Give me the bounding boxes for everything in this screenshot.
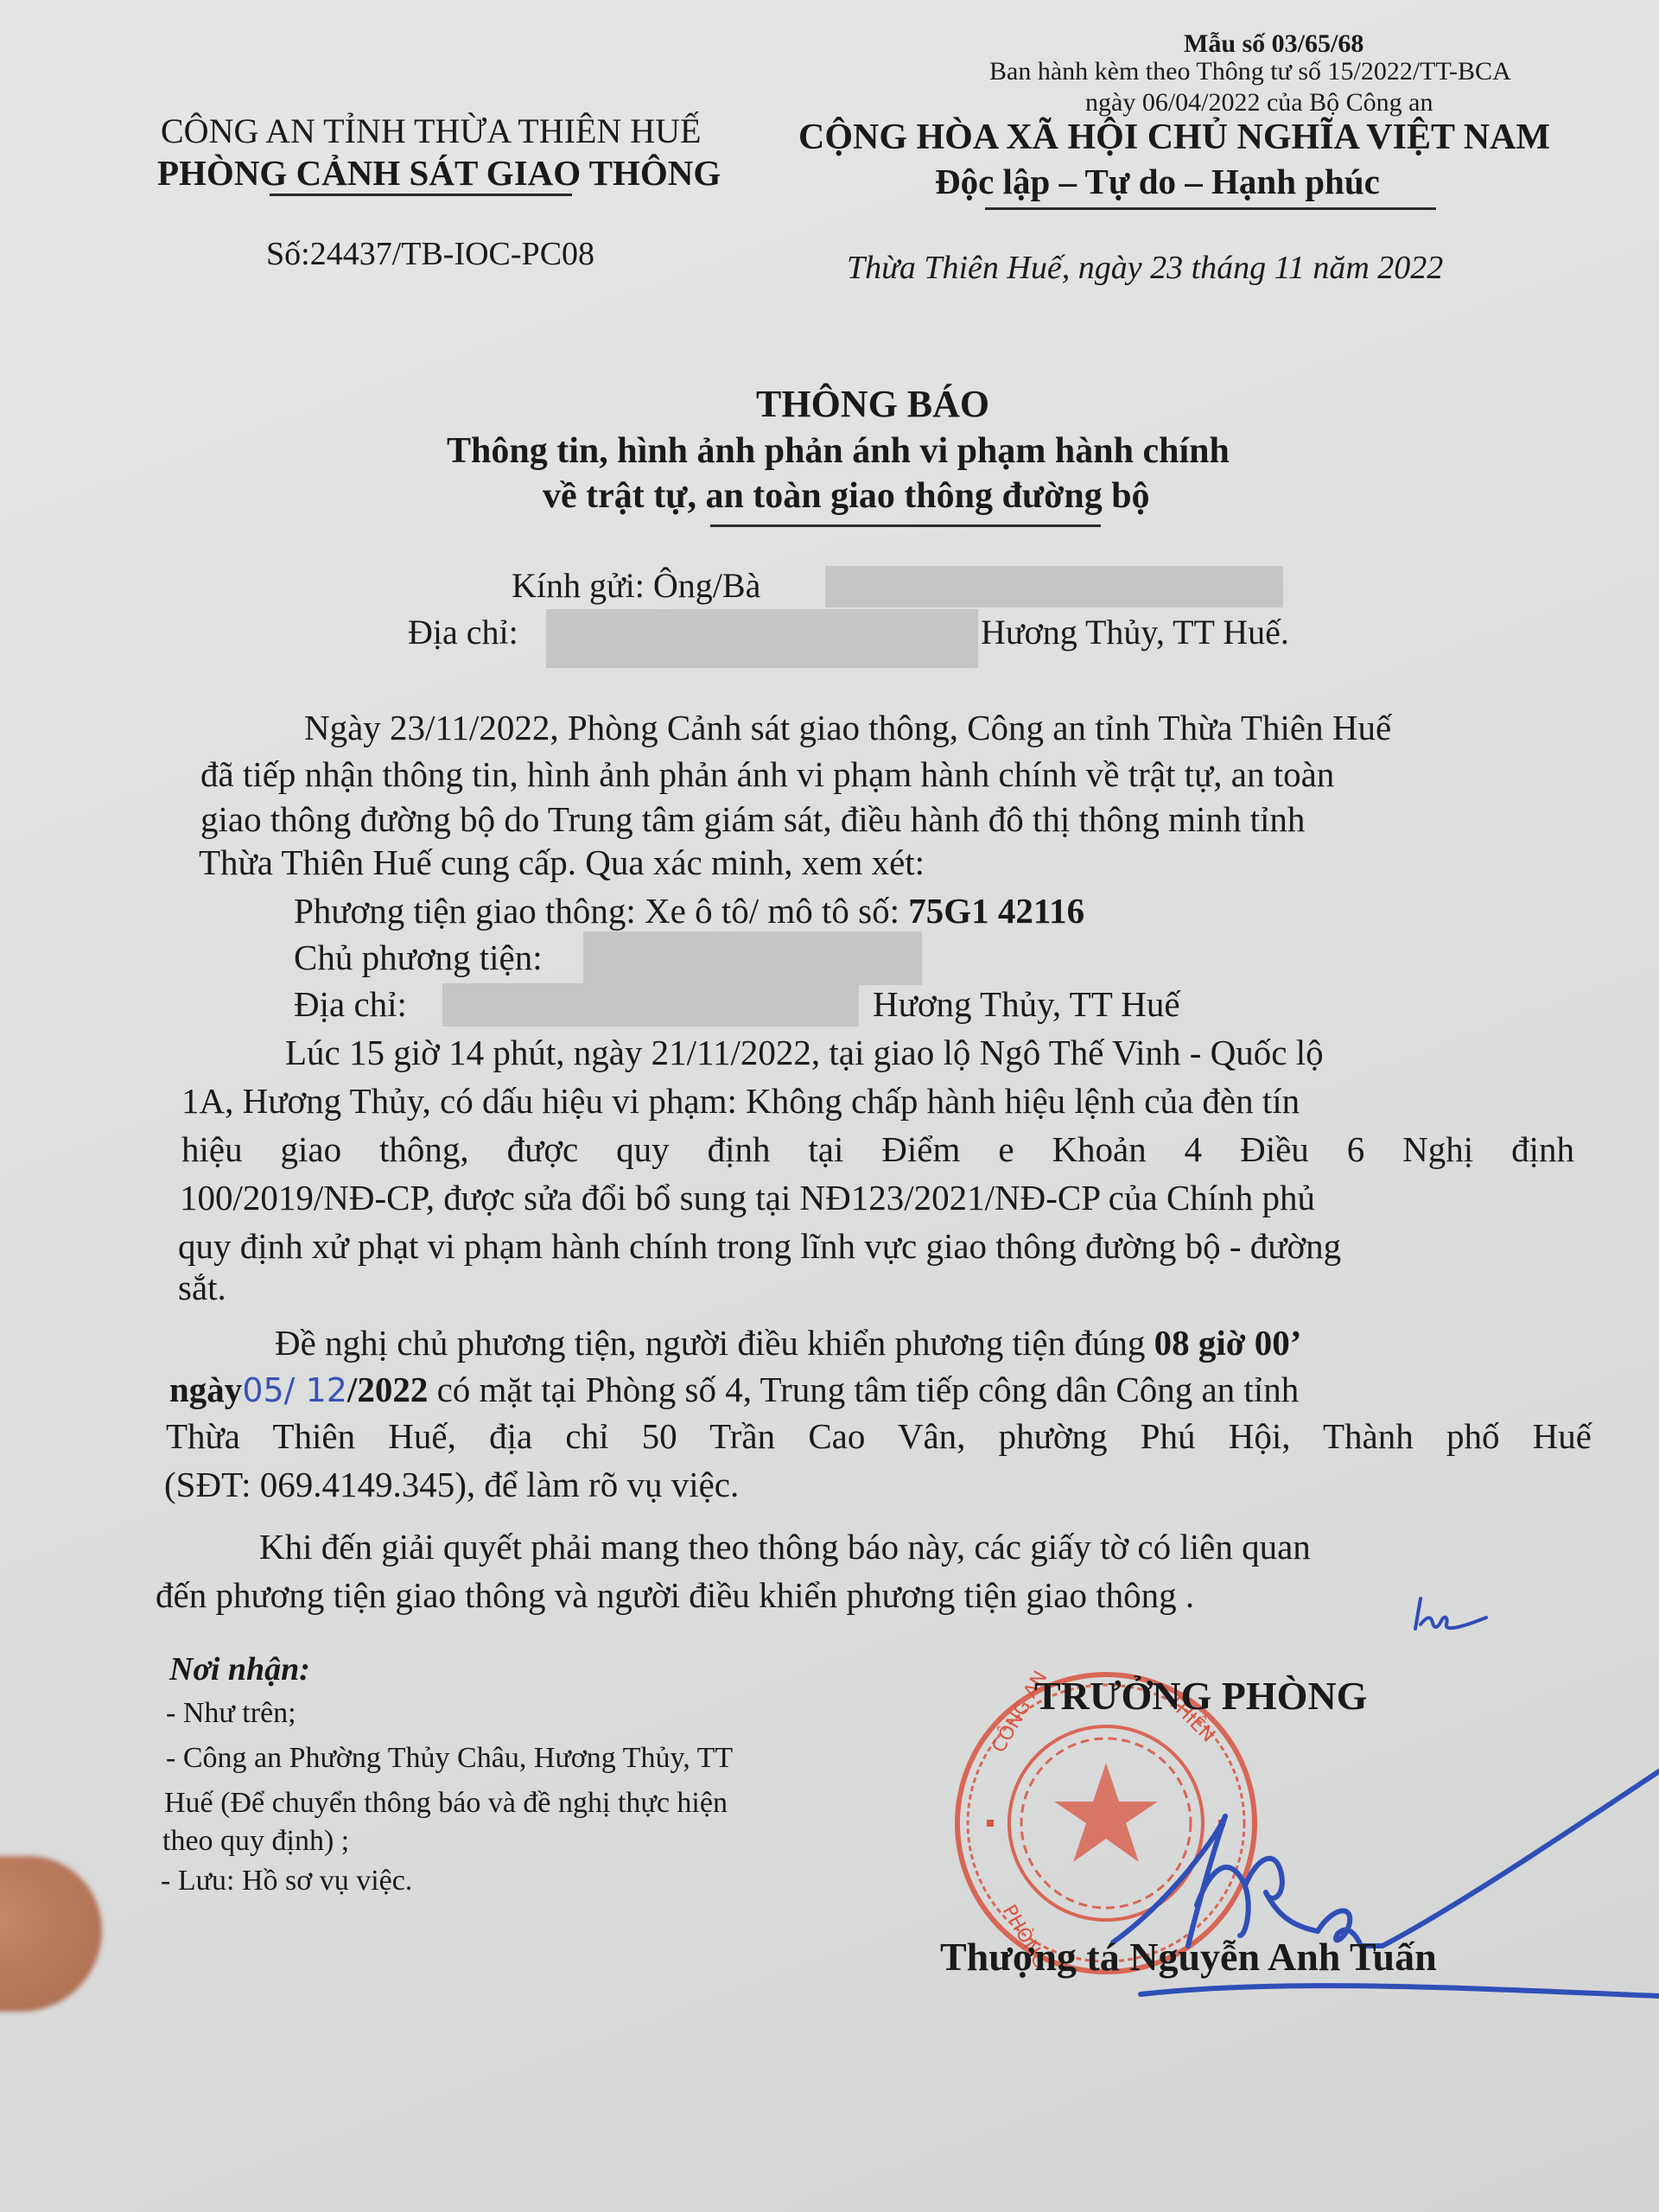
handwritten-initials xyxy=(1408,1590,1495,1642)
owner-address-label: Địa chỉ: xyxy=(294,983,407,1025)
intro-line: giao thông đường bộ do Trung tâm giám sá… xyxy=(200,798,1305,840)
appointment-year: /2022 xyxy=(347,1370,428,1409)
handwritten-day: 05 xyxy=(242,1371,283,1409)
recipient-item: - Như trên; xyxy=(166,1697,296,1730)
recipients-title: Nơi nhận: xyxy=(169,1650,310,1688)
request-line-2: ngày05/ 12/2022 có mặt tại Phòng số 4, T… xyxy=(169,1369,1299,1410)
recipient-salutation: Kính gửi: Ông/Bà xyxy=(512,565,760,606)
violation-line: Lúc 15 giờ 14 phút, ngày 21/11/2022, tại… xyxy=(285,1032,1324,1073)
request-line-4: (SĐT: 069.4149.345), để làm rõ vụ việc. xyxy=(164,1464,739,1505)
request-text: Đề nghị chủ phương tiện, người điều khiể… xyxy=(275,1323,1145,1363)
handwritten-slash: / xyxy=(284,1371,306,1409)
closing-line: Khi đến giải quyết phải mang theo thông … xyxy=(259,1526,1311,1567)
handwritten-month: 12 xyxy=(306,1371,347,1409)
document-title: THÔNG BÁO xyxy=(756,382,989,426)
form-number: Mẫu số 03/65/68 xyxy=(1184,29,1363,59)
place-date: Thừa Thiên Huế, ngày 23 tháng 11 năm 202… xyxy=(847,249,1443,287)
appointment-day-label: ngày xyxy=(169,1370,242,1409)
request-location: có mặt tại Phòng số 4, Trung tâm tiếp cô… xyxy=(437,1370,1300,1409)
owner-address-visible: Hương Thủy, TT Huế xyxy=(873,983,1180,1025)
owner-label: Chủ phương tiện: xyxy=(294,937,543,978)
violation-line: 100/2019/NĐ-CP, được sửa đổi bổ sung tại… xyxy=(180,1177,1315,1218)
redacted-recipient-address xyxy=(546,609,978,668)
agency-parent: CÔNG AN TỈNH THỪA THIÊN HUẾ xyxy=(161,111,701,151)
document-subtitle-line-2: về trật tự, an toàn giao thông đường bộ xyxy=(543,475,1150,517)
document-subtitle-line-1: Thông tin, hình ảnh phản ánh vi phạm hàn… xyxy=(447,430,1230,472)
signer-name: Thượng tá Nguyễn Anh Tuấn xyxy=(940,1934,1437,1980)
recipient-item: Huế (Để chuyển thông báo và đề nghị thực… xyxy=(164,1787,728,1820)
intro-line: đã tiếp nhận thông tin, hình ảnh phản án… xyxy=(200,753,1334,795)
recipient-item: theo quy định) ; xyxy=(162,1825,349,1858)
appointment-time: 08 giờ 00’ xyxy=(1154,1323,1302,1363)
redacted-recipient-name xyxy=(825,566,1283,607)
recipient-item: - Công an Phường Thủy Châu, Hương Thủy, … xyxy=(166,1742,733,1775)
signer-title: TRƯỞNG PHÒNG xyxy=(1034,1673,1367,1719)
document-number: Số:24437/TB-IOC-PC08 xyxy=(266,235,594,273)
violation-line: quy định xử phạt vi phạm hành chính tron… xyxy=(178,1225,1341,1267)
closing-line: đến phương tiện giao thông và người điều… xyxy=(156,1574,1194,1616)
recipient-item: - Lưu: Hồ sơ vụ việc. xyxy=(161,1865,412,1897)
country-motto: Độc lập – Tự do – Hạnh phúc xyxy=(935,161,1380,202)
request-line-1: Đề nghị chủ phương tiện, người điều khiể… xyxy=(275,1322,1301,1363)
request-line-3: Thừa Thiên Huế, địa chỉ 50 Trần Cao Vân,… xyxy=(166,1415,1592,1457)
form-issued-line-2: ngày 06/04/2022 của Bộ Công an xyxy=(1085,88,1433,118)
recipient-address-visible: Hương Thủy, TT Huế. xyxy=(981,612,1289,652)
vehicle-label: Phương tiện giao thông: Xe ô tô/ mô tô s… xyxy=(294,891,899,931)
agency-name: PHÒNG CẢNH SÁT GIAO THÔNG xyxy=(157,152,721,194)
violation-line: sắt. xyxy=(178,1267,226,1308)
vehicle-plate: 75G1 42116 xyxy=(908,891,1084,931)
intro-line: Ngày 23/11/2022, Phòng Cảnh sát giao thô… xyxy=(304,707,1391,748)
agency-underline xyxy=(270,194,572,196)
form-issued-line-1: Ban hành kèm theo Thông tư số 15/2022/TT… xyxy=(989,57,1511,86)
recipient-address-label: Địa chỉ: xyxy=(408,612,518,652)
redacted-owner-address xyxy=(442,983,859,1027)
redacted-owner-name xyxy=(583,931,922,985)
vehicle-info: Phương tiện giao thông: Xe ô tô/ mô tô s… xyxy=(294,890,1084,931)
motto-underline xyxy=(985,207,1436,210)
intro-line: Thừa Thiên Huế cung cấp. Qua xác minh, x… xyxy=(199,842,925,883)
violation-line: hiệu giao thông, được quy định tại Điểm … xyxy=(181,1128,1574,1170)
signature xyxy=(1020,1719,1659,1944)
country-name: CỘNG HÒA XÃ HỘI CHỦ NGHĨA VIỆT NAM xyxy=(798,117,1550,158)
title-underline xyxy=(710,524,1101,527)
finger-photo-artifact xyxy=(0,1856,102,2012)
violation-line: 1A, Hương Thủy, có dấu hiệu vi phạm: Khô… xyxy=(181,1080,1300,1122)
